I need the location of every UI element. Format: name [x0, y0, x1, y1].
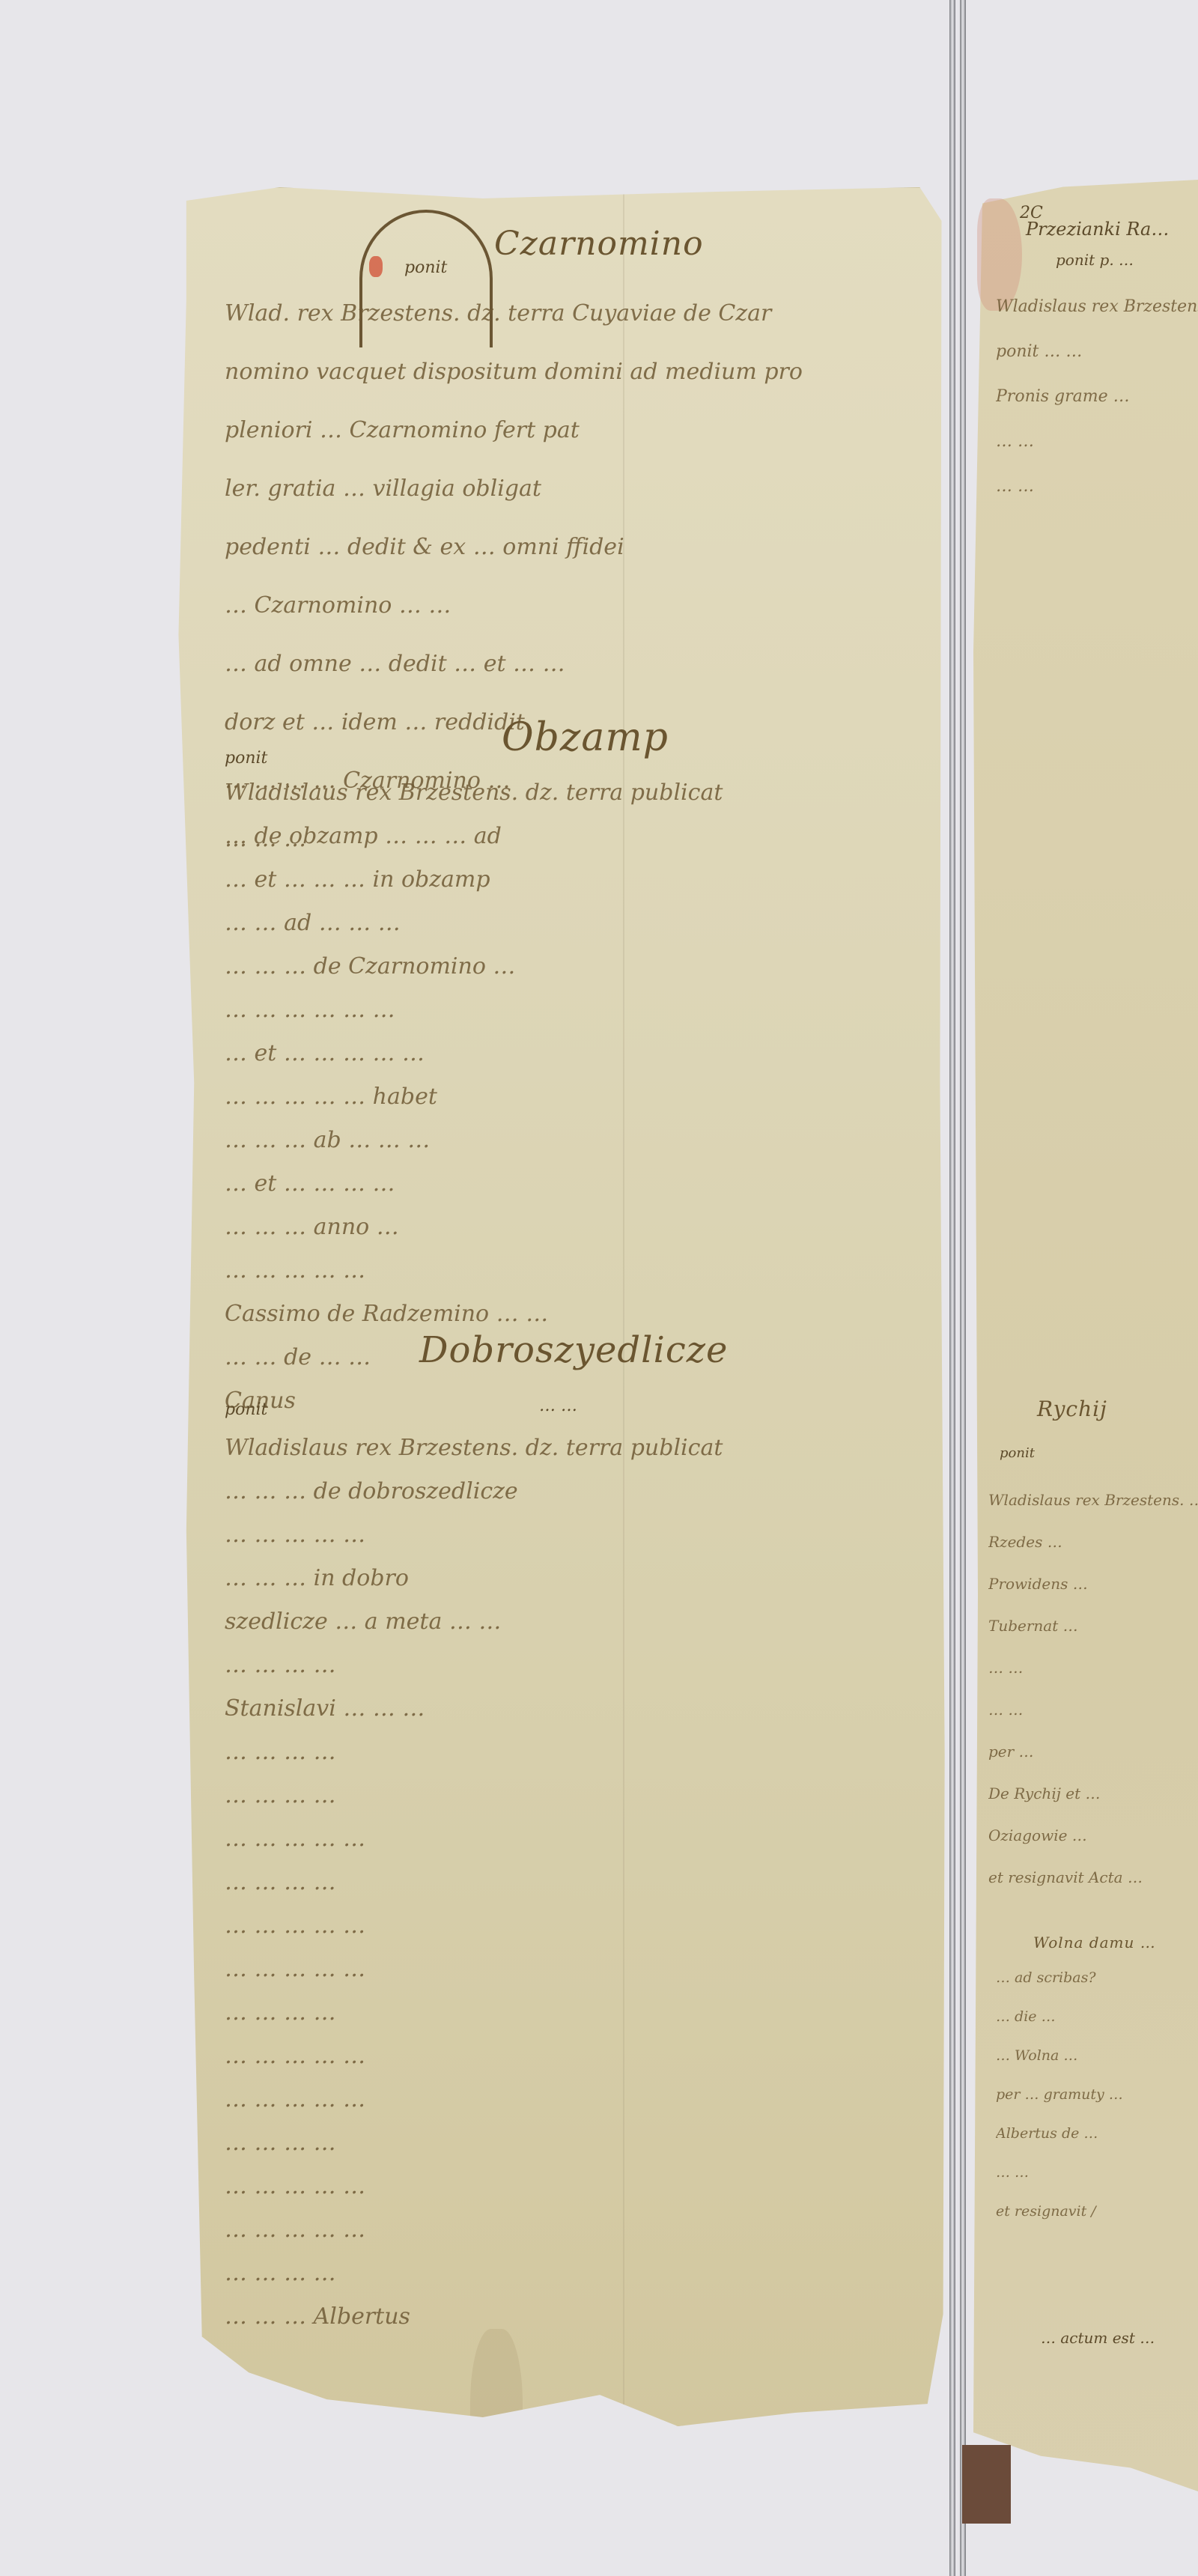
sub-note-3: … … [539, 1397, 577, 1415]
right-header-note: Przezianki Ra… [1026, 219, 1169, 240]
right-entry-text-1: Wladislaus rex Brzestens. … ponit … … Pr… [996, 285, 1198, 509]
right-bottom-note: … actum est … [1041, 2329, 1155, 2347]
margin-note-2: ponit [225, 749, 267, 768]
binding-strip [962, 2445, 1011, 2524]
entry-heading-obzamp: Obzamp [502, 715, 669, 760]
right-entry-text-3: … ad scribas? … die … … Wolna … per … gr… [996, 1958, 1198, 2231]
right-entry-heading-rychij: Rychij [1037, 1397, 1107, 1421]
right-sub-note: ponit p. … [1056, 251, 1134, 269]
entry-heading-dobroszyedlicze: Dobroszyedlicze [419, 1329, 728, 1371]
right-entry-text-2: Wladislaus rex Brzestens. … Rzedes … Pro… [988, 1479, 1198, 1898]
water-stain [470, 2329, 523, 2516]
entry-heading-czarnomino: Czarnomino [494, 225, 704, 263]
margin-note-3: ponit [225, 1400, 267, 1419]
right-entry-heading-wolna: Wolna damu … [1033, 1933, 1156, 1951]
right-margin-note: ponit [1000, 1445, 1035, 1461]
binding-rod-left [949, 0, 955, 2576]
margin-note-1: ponit [404, 258, 447, 277]
entry-text-3: Wladislaus rex Brzestens. dz. terra publ… [225, 1427, 943, 2339]
entry-text-2: Wladislaus rex Brzestens. dz. terra publ… [225, 771, 943, 1423]
binding-rod-right [960, 0, 966, 2576]
